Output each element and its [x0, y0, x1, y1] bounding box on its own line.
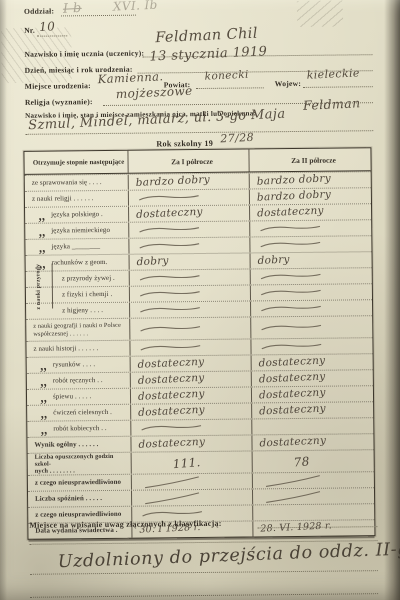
religion-handwriting: mojżeszowe: [116, 84, 193, 101]
subject-label: robót kobiecych . .: [53, 425, 106, 433]
nr-label: Nr.: [24, 26, 35, 35]
school-year-label: Rok szkolny 19: [156, 139, 213, 149]
student-name-label: Nazwisko i imię ucznia (uczenicy):: [24, 49, 144, 59]
grade-handwriting: 111.: [172, 455, 201, 471]
grade-handwriting: dostateczny: [259, 402, 326, 417]
subject-label-cell: Liczba opuszczonych godzin szkol-nych . …: [28, 453, 132, 475]
subject-label: języka ________: [51, 243, 100, 251]
subject-label-cell: z czego nieusprawiedliwiono: [28, 475, 132, 491]
grade-sem1-cell: dostateczny: [131, 355, 252, 371]
subject-label-cell: z nauki historji . . . . . .: [26, 341, 130, 357]
ditto-mark: „: [32, 222, 51, 239]
grade-sem1-cell-none: [132, 489, 253, 505]
birthplace-handwriting: Kamienna.: [97, 69, 163, 86]
form-content: Oddział: I b XVI. Ib Nr. 10 Nazwisko i i…: [0, 0, 400, 600]
grades-table: Otrzymuje stopnie następujące Za I półro…: [23, 147, 375, 540]
subject-label-cell: „robót kobiecych . .: [27, 421, 131, 437]
grade-sem2-cell-none: [253, 472, 374, 488]
grade-handwriting: bardzo dobry: [256, 172, 331, 187]
subject-label: ze sprawowania się . . . .: [32, 179, 102, 187]
ditto-mark: „: [32, 238, 51, 255]
grade-sem1-cell: 111.: [132, 451, 253, 473]
table-row: z nauki geografji i nauki o Polscewspółc…: [26, 315, 372, 341]
subject-label: Liczba spóźnień . . . . .: [35, 495, 102, 503]
ditto-mark: „: [34, 372, 53, 389]
grade-sem2-cell-none: [253, 488, 374, 504]
fill-line: [61, 14, 136, 17]
grade-handwriting: dostateczny: [138, 403, 205, 418]
subject-label-cell: „języka polskiego .: [25, 207, 129, 223]
grade-sem1-cell-none: [130, 285, 251, 301]
grade-sem1-cell-none: [132, 473, 253, 489]
birthdate-handwriting: 13 stycznia 1919: [149, 44, 268, 64]
grade-sem1-cell: bardzo dobry: [129, 173, 250, 189]
grade-handwriting: dostateczny: [258, 354, 325, 369]
column-header-subjects: Otrzymuje stopnie następujące: [24, 151, 128, 174]
grade-sem2-cell: dostateczny: [252, 434, 373, 450]
grade-sem2-cell-none: [251, 316, 372, 338]
grade-sem2-cell: dostateczny: [250, 204, 371, 220]
grade-sem2-cell: dostateczny: [252, 370, 373, 386]
guardian-surname-handwriting: Feldman: [303, 95, 361, 113]
grade-sem2-cell: dobry: [251, 252, 372, 268]
subject-label-cell: „ćwiczeń cielesnych .: [27, 405, 131, 421]
ditto-mark: „: [34, 404, 53, 421]
grade-handwriting: dobry: [257, 253, 290, 266]
grade-sem1-cell-none: [131, 419, 252, 435]
grade-sem2-cell: [252, 418, 373, 434]
grade-sem1-cell: dostateczny: [129, 205, 250, 221]
grade-sem2-cell-none: [251, 300, 372, 316]
fill-line: [30, 592, 378, 598]
grade-sem1-cell: dobry: [130, 253, 251, 269]
subject-label: z nauki geografji i nauki o Polscewspółc…: [33, 322, 121, 337]
fill-line: [196, 86, 264, 89]
page-right-edge-shadow: [384, 0, 400, 600]
table-row: Liczba opuszczonych godzin szkol-nych . …: [28, 449, 374, 475]
grade-sem2-cell-none: [250, 220, 371, 236]
grade-sem1-cell-none: [130, 317, 251, 339]
report-card-scan: Oddział: I b XVI. Ib Nr. 10 Nazwisko i i…: [0, 0, 400, 600]
column-header-sem1: Za I półrocze: [128, 149, 249, 172]
powiat-handwriting: konecki: [204, 69, 249, 83]
grade-handwriting: dostateczny: [259, 386, 326, 401]
grade-handwriting: dostateczny: [257, 204, 324, 219]
grade-handwriting: 78: [293, 454, 310, 469]
ditto-mark: „: [34, 420, 53, 437]
grade-handwriting: dostateczny: [259, 434, 326, 449]
subject-label: Wynik ogólny . . . . . .: [34, 441, 98, 449]
grade-handwriting: dobry: [136, 254, 169, 267]
ditto-mark: „: [32, 206, 51, 223]
subject-label-cell: ze sprawowania się . . . .: [25, 175, 129, 191]
subject-label: śpiewu . . . . .: [53, 393, 91, 401]
subject-label: Liczba opuszczonych godzin szkol-nych . …: [35, 453, 129, 475]
oddzial-note-handwriting: XVI. Ib: [113, 0, 158, 14]
grade-sem1-cell: dostateczny: [131, 403, 252, 419]
grades-rows: ze sprawowania się . . . . bardzo dobry …: [25, 171, 375, 539]
subject-label-cell: z nauki geografji i nauki o Polscewspółc…: [26, 319, 130, 341]
subject-label: z czego nieusprawiedliwiono: [35, 478, 121, 487]
science-group-label: z nauki przyrody: [36, 263, 42, 309]
grade-sem2-cell: 28. VI. 1928 r.: [253, 520, 374, 536]
subject-label: z nauki religji . . . . . .: [32, 195, 94, 203]
grade-sem1-cell-none: [130, 339, 251, 355]
grade-sem2-cell-none: [251, 284, 372, 300]
grade-handwriting: dostateczny: [137, 355, 204, 370]
grade-sem2-cell-none: [251, 268, 372, 284]
grade-handwriting: dostateczny: [259, 370, 326, 385]
oddzial-label: Oddział:: [24, 7, 54, 16]
grade-handwriting: dostateczny: [138, 371, 205, 386]
birthplace-label: Miejsce urodzenia:: [25, 81, 91, 91]
grade-sem2-cell: 78: [253, 450, 374, 472]
subject-label-cell: Wynik ogólny . . . . . .: [27, 437, 131, 453]
science-group-cell: z nauki przyrody: [26, 264, 53, 309]
subject-label-cell: Liczba spóźnień . . . . .: [28, 491, 132, 507]
grade-sem2-cell: bardzo dobry: [250, 188, 371, 204]
wojew-label: Wojew:: [275, 79, 301, 88]
subject-label-cell: „języka ________: [25, 239, 129, 255]
subject-label-cell: „rysunków . . . .: [27, 357, 131, 373]
grade-sem1-cell-none: [130, 301, 251, 317]
grade-sem1-cell-none: [129, 189, 250, 205]
subject-label: robót ręcznych . .: [53, 377, 103, 385]
grade-handwriting: dostateczny: [136, 205, 203, 220]
subject-label: z nauki historji . . . . . .: [33, 345, 98, 353]
grade-sem2-cell: bardzo dobry: [250, 172, 371, 188]
subject-label: rachunków z geom.: [52, 259, 108, 267]
subject-label-cell: „śpiewu . . . . .: [27, 389, 131, 405]
subject-label: z higjeny . . . .: [62, 307, 103, 315]
grade-sem1-cell-none: [129, 221, 250, 237]
subject-label-cell: „języka niemieckiego: [25, 223, 129, 239]
grade-sem2-cell-none: [250, 236, 371, 252]
grade-handwriting: dostateczny: [138, 435, 205, 450]
grade-handwriting: dostateczny: [138, 387, 205, 402]
grade-sem2-cell: dostateczny: [252, 354, 373, 370]
subject-label: języka niemieckiego: [51, 227, 110, 235]
student-name-handwriting: Feldman Chil: [155, 26, 258, 47]
grade-handwriting: bardzo dobry: [257, 188, 332, 203]
grade-sem2-cell: [253, 504, 374, 520]
grade-sem1-cell-none: [130, 269, 251, 285]
grade-sem2-cell: dostateczny: [252, 402, 373, 418]
subject-label-cell: „robót ręcznych . .: [27, 373, 131, 389]
column-header-sem2: Za II półrocze: [249, 148, 370, 171]
subject-label-cell: z nauki religji . . . . . .: [25, 191, 129, 207]
fill-line: [37, 34, 67, 36]
grade-sem2-cell: dostateczny: [252, 386, 373, 402]
ditto-mark: „: [34, 356, 53, 373]
subject-label: rysunków . . . .: [53, 361, 96, 369]
grade-handwriting: bardzo dobry: [135, 173, 210, 188]
grade-sem1-cell: dostateczny: [131, 371, 252, 387]
grade-sem1-cell: dostateczny: [131, 435, 252, 451]
subject-label: z fizyki i chemji .: [62, 291, 112, 299]
pencil-scratches-top-right: [297, 0, 343, 26]
grade-sem2-cell-none: [251, 338, 372, 354]
grade-sem1-cell: dostateczny: [131, 387, 252, 403]
wojew-handwriting: kieleckie: [306, 66, 360, 81]
subject-label: z przyrody żywej .: [62, 275, 115, 283]
grade-sem1-cell-none: [129, 237, 250, 253]
nr-value-handwriting: 10: [39, 19, 56, 34]
ditto-mark: „: [34, 388, 53, 405]
subject-label: z czego nieusprawiedliwiono: [35, 510, 121, 519]
school-year-handwriting: 27/28: [220, 131, 254, 146]
religion-label: Religja (wyznanie):: [25, 97, 93, 107]
subject-label: języka polskiego .: [51, 211, 103, 219]
fill-line: [303, 85, 373, 88]
subject-label: ćwiczeń cielesnych .: [53, 409, 112, 417]
